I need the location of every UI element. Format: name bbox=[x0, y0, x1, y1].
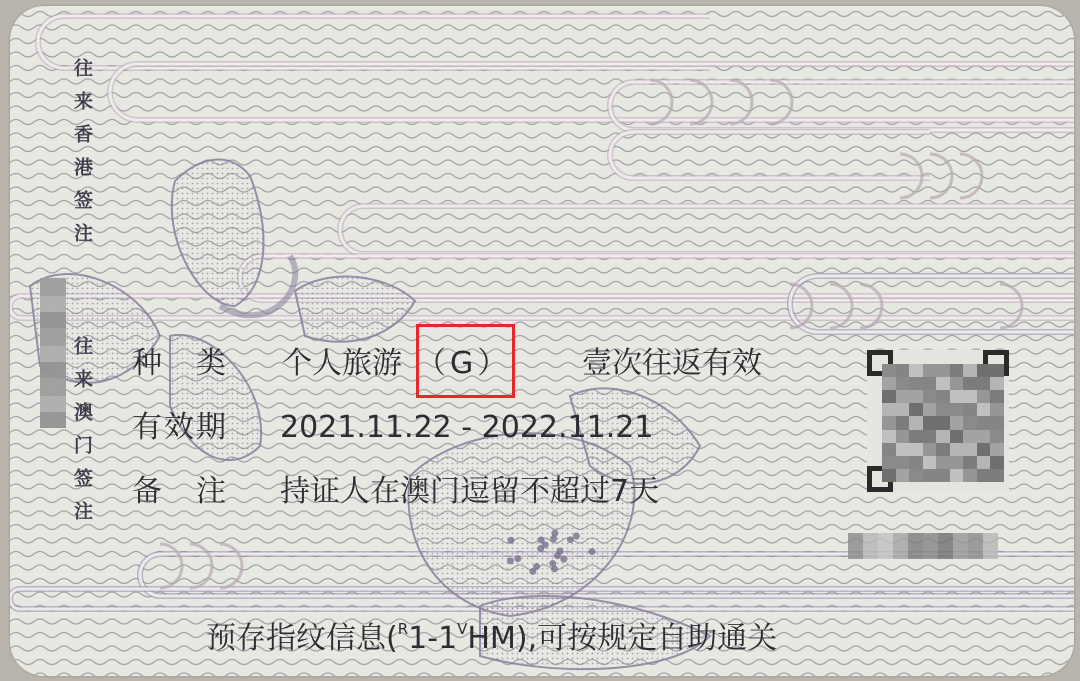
qr-mosaic-cell bbox=[950, 443, 964, 456]
qr-mosaic-cell bbox=[990, 403, 1004, 416]
qr-mosaic-cell bbox=[896, 377, 910, 390]
qr-mosaic-cell bbox=[936, 403, 950, 416]
qr-mosaic-cell bbox=[950, 430, 964, 443]
qr-mosaic-cell bbox=[977, 390, 991, 403]
qr-mosaic-cell bbox=[963, 364, 977, 377]
serial-mosaic-cell bbox=[938, 533, 953, 559]
qr-mosaic-cell bbox=[977, 443, 991, 456]
qr-mosaic-cell bbox=[923, 416, 937, 429]
field-value-validity: 2021.11.22 - 2022.11.21 bbox=[280, 410, 653, 446]
qr-mosaic-cell bbox=[896, 390, 910, 403]
qr-mosaic-cell bbox=[990, 430, 1004, 443]
qr-mosaic-cell bbox=[977, 469, 991, 482]
qr-mosaic-cell bbox=[936, 469, 950, 482]
qr-mosaic-cell bbox=[909, 456, 923, 469]
qr-mosaic-cell bbox=[963, 469, 977, 482]
qr-mosaic-cell bbox=[936, 390, 950, 403]
field-value-type: 个人旅游 bbox=[282, 346, 402, 382]
field-label-remarks: 备 注 bbox=[132, 474, 228, 510]
serial-mosaic-cell bbox=[863, 533, 878, 559]
guilloche-background bbox=[10, 6, 1074, 676]
serial-mosaic-cell bbox=[908, 533, 923, 559]
qr-mosaic-cell bbox=[909, 416, 923, 429]
qr-mosaic-cell bbox=[896, 469, 910, 482]
qr-mosaic-cell bbox=[963, 416, 977, 429]
qr-mosaic-cell bbox=[909, 430, 923, 443]
qr-mosaic-cell bbox=[896, 456, 910, 469]
serial-mosaic-cell bbox=[983, 533, 998, 559]
qr-mosaic-cell bbox=[909, 443, 923, 456]
qr-mosaic-cell bbox=[977, 416, 991, 429]
qr-mosaic-cell bbox=[882, 377, 896, 390]
field-value-remarks: 持证人在澳门逗留不超过7天 bbox=[280, 474, 659, 510]
qr-mosaic-cell bbox=[896, 430, 910, 443]
qr-mosaic-cell bbox=[950, 403, 964, 416]
serial-mosaic-cell bbox=[893, 533, 908, 559]
qr-mosaic-cell bbox=[882, 416, 896, 429]
qr-mosaic-cell bbox=[923, 403, 937, 416]
qr-mosaic-cell bbox=[950, 390, 964, 403]
qr-mosaic-cell bbox=[936, 430, 950, 443]
hong-kong-endorsement-label: 往来香港签注 bbox=[68, 58, 98, 256]
qr-mosaic-cell bbox=[896, 364, 910, 377]
qr-mosaic-cell bbox=[923, 430, 937, 443]
qr-mosaic-cell bbox=[896, 403, 910, 416]
field-label-type: 种 类 bbox=[132, 346, 228, 382]
qr-mosaic-cell bbox=[936, 364, 950, 377]
qr-mosaic-cell bbox=[923, 364, 937, 377]
qr-mosaic-cell bbox=[882, 390, 896, 403]
qr-mosaic-cell bbox=[923, 377, 937, 390]
qr-mosaic-cell bbox=[882, 443, 896, 456]
qr-mosaic-cell bbox=[950, 416, 964, 429]
qr-pixelation bbox=[882, 364, 1004, 482]
permit-card: 往来香港签注 往来澳门签注 种 类 个人旅游 （G） 壹次往返有效 有效期 20… bbox=[10, 6, 1074, 676]
qr-mosaic-cell bbox=[963, 377, 977, 390]
qr-mosaic-cell bbox=[882, 469, 896, 482]
field-label-validity: 有效期 bbox=[132, 410, 228, 446]
qr-mosaic-cell bbox=[990, 364, 1004, 377]
qr-mosaic-cell bbox=[923, 443, 937, 456]
highlight-annotation-box bbox=[416, 324, 515, 398]
qr-mosaic-cell bbox=[909, 390, 923, 403]
qr-mosaic-cell bbox=[950, 377, 964, 390]
qr-mosaic-cell bbox=[963, 403, 977, 416]
qr-mosaic-cell bbox=[977, 430, 991, 443]
qr-mosaic-cell bbox=[963, 430, 977, 443]
qr-mosaic-cell bbox=[882, 364, 896, 377]
qr-mosaic-cell bbox=[882, 403, 896, 416]
qr-mosaic-cell bbox=[990, 416, 1004, 429]
qr-mosaic-cell bbox=[909, 403, 923, 416]
qr-mosaic-cell bbox=[936, 416, 950, 429]
qr-mosaic-cell bbox=[963, 443, 977, 456]
serial-mosaic-cell bbox=[953, 533, 968, 559]
redacted-side-id bbox=[40, 278, 66, 428]
qr-mosaic-cell bbox=[896, 416, 910, 429]
qr-mosaic-cell bbox=[963, 456, 977, 469]
qr-mosaic-cell bbox=[963, 390, 977, 403]
qr-mosaic-cell bbox=[923, 469, 937, 482]
serial-mosaic-cell bbox=[923, 533, 938, 559]
qr-mosaic-cell bbox=[990, 469, 1004, 482]
qr-mosaic-cell bbox=[990, 443, 1004, 456]
redacted-serial-number bbox=[848, 533, 998, 559]
entry-count: 壹次往返有效 bbox=[582, 346, 762, 382]
qr-mosaic-cell bbox=[896, 443, 910, 456]
redacted-qr-code bbox=[867, 350, 1009, 492]
qr-mosaic-cell bbox=[950, 469, 964, 482]
fingerprint-note: 预存指纹信息(R1-1VHM),可按规定自助通关 bbox=[206, 609, 777, 659]
qr-mosaic-cell bbox=[936, 377, 950, 390]
qr-mosaic-cell bbox=[977, 403, 991, 416]
qr-mosaic-cell bbox=[990, 390, 1004, 403]
qr-mosaic-cell bbox=[977, 456, 991, 469]
qr-mosaic-cell bbox=[909, 377, 923, 390]
qr-mosaic-cell bbox=[977, 377, 991, 390]
qr-mosaic-cell bbox=[909, 364, 923, 377]
serial-mosaic-cell bbox=[848, 533, 863, 559]
qr-mosaic-cell bbox=[882, 430, 896, 443]
qr-mosaic-cell bbox=[882, 456, 896, 469]
qr-mosaic-cell bbox=[990, 377, 1004, 390]
qr-mosaic-cell bbox=[936, 443, 950, 456]
qr-mosaic-cell bbox=[990, 456, 1004, 469]
qr-mosaic-cell bbox=[923, 390, 937, 403]
qr-mosaic-cell bbox=[977, 364, 991, 377]
qr-mosaic-cell bbox=[950, 456, 964, 469]
serial-mosaic-cell bbox=[878, 533, 893, 559]
qr-mosaic-cell bbox=[909, 469, 923, 482]
qr-mosaic-cell bbox=[936, 456, 950, 469]
qr-mosaic-cell bbox=[950, 364, 964, 377]
qr-mosaic-cell bbox=[923, 456, 937, 469]
macao-endorsement-label: 往来澳门签注 bbox=[68, 336, 98, 534]
serial-mosaic-cell bbox=[968, 533, 983, 559]
